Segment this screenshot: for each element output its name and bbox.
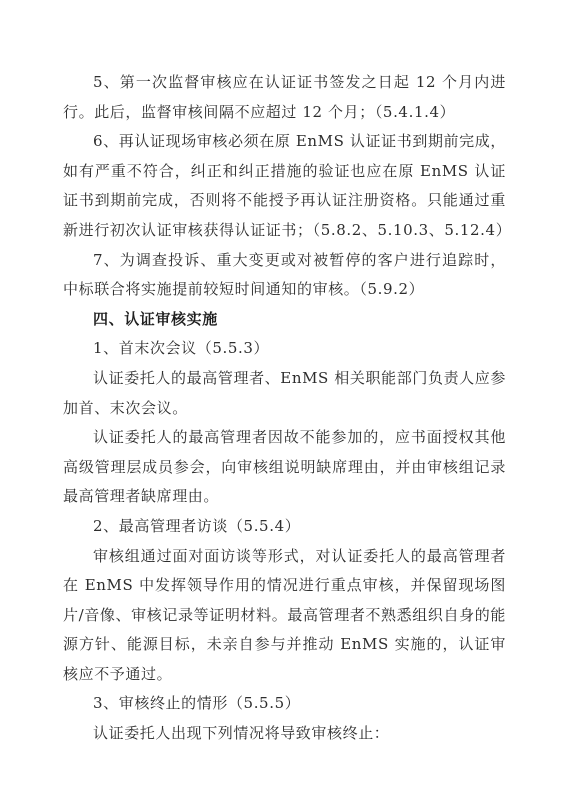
paragraph-termination-conditions-lead: 认证委托人出现下列情况将导致审核终止： bbox=[63, 719, 506, 749]
paragraph-supervision-audit-5: 5、第一次监督审核应在认证证书签发之日起 12 个月内进行。此后，监督审核间隔不… bbox=[63, 68, 506, 127]
document-body: 5、第一次监督审核应在认证证书签发之日起 12 个月内进行。此后，监督审核间隔不… bbox=[63, 68, 506, 749]
paragraph-audit-termination-3: 3、审核终止的情形（5.5.5） bbox=[63, 689, 506, 719]
section-heading-audit-implementation: 四、认证审核实施 bbox=[63, 305, 506, 335]
paragraph-interview-details: 审核组通过面对面访谈等形式，对认证委托人的最高管理者在 EnMS 中发挥领导作用… bbox=[63, 542, 506, 690]
paragraph-recertification-6: 6、再认证现场审核必须在原 EnMS 认证证书到期前完成，如有严重不符合，纠正和… bbox=[63, 127, 506, 245]
paragraph-absence-authorization: 认证委托人的最高管理者因故不能参加的，应书面授权其他高级管理层成员参会，向审核组… bbox=[63, 423, 506, 512]
paragraph-top-management-interview-2: 2、最高管理者访谈（5.5.4） bbox=[63, 512, 506, 542]
paragraph-meeting-attendance: 认证委托人的最高管理者、EnMS 相关职能部门负责人应参加首、末次会议。 bbox=[63, 364, 506, 423]
document-page: 5、第一次监督审核应在认证证书签发之日起 12 个月内进行。此后，监督审核间隔不… bbox=[0, 0, 566, 800]
paragraph-short-notice-audit-7: 7、为调查投诉、重大变更或对被暂停的客户进行追踪时，中标联合将实施提前较短时间通… bbox=[63, 246, 506, 305]
paragraph-opening-closing-meeting-1: 1、首末次会议（5.5.3） bbox=[63, 334, 506, 364]
